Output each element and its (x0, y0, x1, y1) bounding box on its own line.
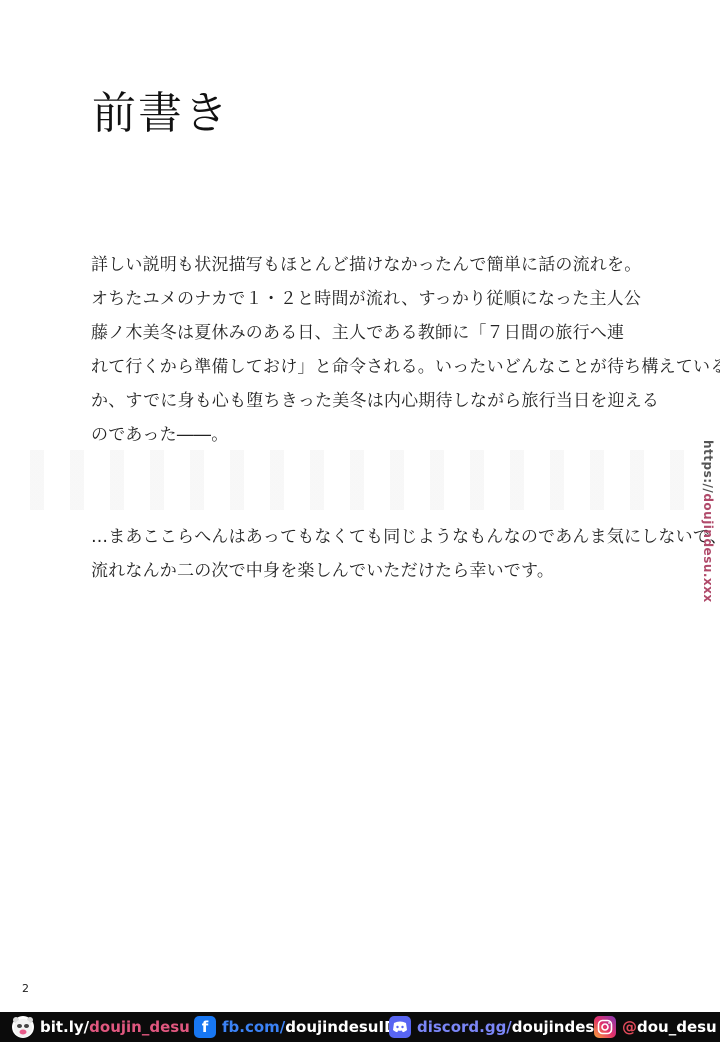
discord-handle: doujindesu (512, 1018, 605, 1036)
social-footer-bar: bit.ly/doujin_desu f fb.com/doujindesuID… (0, 1012, 720, 1042)
paragraph-line: 詳しい説明も状況描写もほとんど描けなかったんで簡単に話の流れを。 (91, 248, 651, 282)
discord-prefix: discord.gg/ (417, 1018, 512, 1036)
watermark-domain: doujindesu.xxx (701, 493, 715, 602)
facebook-handle: doujindesuID (285, 1018, 396, 1036)
page-title: 前書き (92, 92, 230, 136)
instagram-handle: dou_desu (637, 1018, 717, 1036)
paragraph-line: オちたユメのナカで１・２と時間が流れ、すっかり従順になった主人公 (91, 282, 651, 316)
footer-link-facebook[interactable]: f fb.com/doujindesuID (194, 1012, 397, 1042)
facebook-prefix: fb.com/ (222, 1018, 285, 1036)
document-page: 前書き 詳しい説明も状況描写もほとんど描けなかったんで簡単に話の流れを。 オちた… (0, 0, 720, 1012)
background-watermark (30, 450, 690, 510)
watermark-prefix: https:// (701, 440, 715, 493)
facebook-icon: f (194, 1016, 216, 1038)
bitly-prefix: bit.ly/ (40, 1018, 89, 1036)
intro-paragraph: 詳しい説明も状況描写もほとんど描けなかったんで簡単に話の流れを。 オちたユメのナ… (91, 248, 651, 452)
instagram-icon (594, 1016, 616, 1038)
paragraph-line: か、すでに身も心も堕ちきった美冬は内心期待しながら旅行当日を迎える (91, 384, 651, 418)
bitly-handle: doujin_desu (89, 1018, 190, 1036)
footer-link-instagram[interactable]: @dou_desu (594, 1012, 717, 1042)
side-url-watermark: https://doujindesu.xxx (698, 440, 718, 605)
footer-link-discord[interactable]: discord.gg/doujindesu (389, 1012, 605, 1042)
discord-icon (389, 1016, 411, 1038)
page-number: 2 (22, 982, 29, 995)
panda-logo-icon (12, 1016, 34, 1038)
instagram-prefix: @ (622, 1018, 637, 1036)
paragraph-line: 流れなんか二の次で中身を楽しんでいただけたら幸いです。 (91, 554, 651, 588)
paragraph-line: れて行くから準備しておけ」と命令される。いったいどんなことが待ち構えているの (91, 350, 651, 384)
paragraph-line: …まあここらへんはあってもなくても同じようなもんなのであんま気にしないで、話の (91, 520, 651, 554)
closing-paragraph: …まあここらへんはあってもなくても同じようなもんなのであんま気にしないで、話の … (91, 520, 651, 588)
paragraph-line: のであった――。 (91, 418, 651, 452)
paragraph-line: 藤ノ木美冬は夏休みのある日、主人である教師に「７日間の旅行へ連 (91, 316, 651, 350)
footer-link-bitly[interactable]: bit.ly/doujin_desu (12, 1012, 190, 1042)
